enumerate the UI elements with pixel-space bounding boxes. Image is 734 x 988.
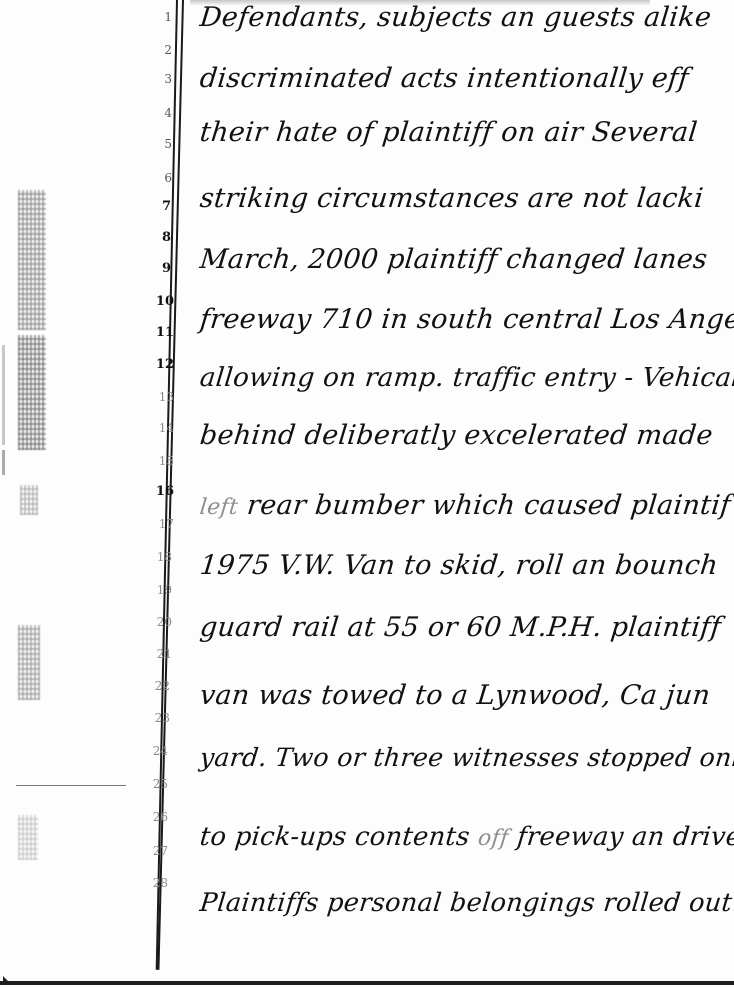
- faint-word: off: [477, 826, 510, 851]
- line-number: 11: [150, 327, 174, 339]
- line-number: 5: [148, 138, 172, 150]
- scan-noise: [18, 190, 46, 330]
- handwritten-line: Plaintiffs personal belongings rolled ou…: [198, 888, 734, 918]
- line-number: 19: [148, 584, 172, 596]
- line-number: 28: [144, 877, 168, 889]
- handwritten-line: behind deliberatly excelerated made: [198, 420, 714, 451]
- page-bottom-border: [0, 981, 734, 985]
- handwritten-line: freeway 710 in south central Los Ange: [198, 304, 734, 335]
- handwritten-line: yard. Two or three witnesses stopped onl: [198, 743, 734, 772]
- line-number: 14: [150, 422, 174, 434]
- line-number: 27: [144, 845, 168, 857]
- handwritten-line: striking circumstances are not lacki: [198, 183, 705, 214]
- scan-noise: [18, 815, 38, 860]
- handwritten-line: allowing on ramp. traffic entry - Vehica…: [198, 363, 734, 393]
- handwritten-line: van was towed to a Lynwood, Ca jun: [198, 680, 712, 711]
- line-number: 2: [148, 44, 172, 56]
- scan-noise: [18, 625, 40, 700]
- line-number: 26: [144, 811, 168, 823]
- handwritten-line: Defendants, subjects an guests alike: [198, 2, 713, 33]
- line-number: 10: [150, 296, 174, 308]
- scan-noise: [18, 335, 46, 450]
- line-number: 6: [148, 172, 172, 184]
- handwritten-text: to pick-ups contents: [198, 822, 471, 852]
- handwritten-line: to pick-ups contents off freeway an driv…: [198, 822, 734, 852]
- line-number: 1: [148, 11, 172, 23]
- line-number: 3: [148, 73, 172, 85]
- handwritten-text: freeway an drive: [516, 822, 734, 852]
- handwritten-text: rear bumber which caused plaintif: [246, 490, 733, 521]
- scan-line: [16, 785, 126, 786]
- handwritten-line: 1975 V.W. Van to skid, roll an bounch: [198, 550, 719, 581]
- document-page: 1 2 3 4 5 6 7 8 9 10 11 12 13 14 15 16 1…: [0, 0, 734, 988]
- line-number: 9: [147, 263, 171, 275]
- line-number: 7: [147, 201, 171, 213]
- line-number: 12: [150, 359, 174, 371]
- faint-word: left: [198, 495, 239, 520]
- line-number: 22: [146, 680, 170, 692]
- handwritten-line: March, 2000 plaintiff changed lanes: [198, 244, 709, 275]
- line-number: 4: [148, 107, 172, 119]
- line-number: 8: [147, 232, 171, 244]
- handwritten-line: discriminated acts intentionally eff: [198, 63, 690, 94]
- line-number: 25: [144, 778, 168, 790]
- line-number: 21: [148, 648, 172, 660]
- line-number: 20: [148, 616, 172, 628]
- scan-edge-mark: [2, 345, 5, 445]
- scan-edge-mark: [2, 450, 5, 475]
- line-number: 23: [146, 712, 170, 724]
- line-number: 18: [148, 551, 172, 563]
- line-number: 16: [150, 486, 174, 498]
- handwritten-line: guard rail at 55 or 60 M.P.H. plaintiff: [198, 612, 722, 643]
- line-number: 15: [150, 455, 174, 467]
- handwritten-line: left rear bumber which caused plaintif: [198, 490, 732, 521]
- line-number: 17: [150, 518, 174, 530]
- scan-noise: [20, 485, 38, 515]
- line-number: 13: [150, 391, 174, 403]
- line-number: 24: [144, 745, 168, 757]
- handwritten-line: their hate of plaintiff on air Several: [198, 117, 699, 148]
